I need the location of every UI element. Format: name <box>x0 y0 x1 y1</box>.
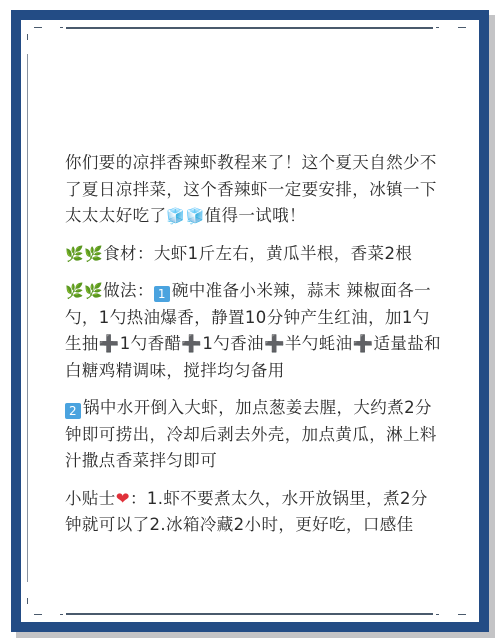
intro-text-end: 值得一试哦！ <box>205 206 306 225</box>
step1-text: 1勺香油 <box>202 334 264 353</box>
intro-paragraph: 你们要的凉拌香辣虾教程来了！这个夏天自然少不了夏日凉拌菜，这个香辣虾一定要安排，… <box>65 150 443 230</box>
method-paragraph: 🌿🌿做法：1碗中准备小米辣，蒜末 辣椒面各一勺，1勺热油爆香，静置10分钟产生红… <box>65 278 443 384</box>
step2-text: 锅中水开倒入大虾，加点葱姜去腥，大约煮2分钟即可捞出，冷却后剥去外壳，加点黄瓜，… <box>65 398 437 470</box>
tips-paragraph: 小贴士❤：1.虾不要煮太久，水开放锅里，煮2分钟就可以了2.冰箱冷藏2小时，更好… <box>65 486 443 539</box>
plus-icon: ➕ <box>181 334 202 353</box>
top-rule-line <box>66 27 433 29</box>
bottom-left-dot <box>60 614 63 615</box>
left-rule-line <box>27 54 28 582</box>
top-right-dash <box>458 27 466 28</box>
tips-label: 小贴士 <box>65 489 116 508</box>
ingredients-text: 大虾1斤左右，黄瓜半根，香菜2根 <box>154 244 412 263</box>
herb-leaf-icon: 🌿🌿 <box>65 245 103 263</box>
bottom-left-dash <box>34 614 42 615</box>
keycap-two-icon: 2 <box>65 403 81 419</box>
bottom-rule-line <box>66 613 433 615</box>
keycap-one-icon: 1 <box>154 286 170 302</box>
ingredients-paragraph: 🌿🌿食材：大虾1斤左右，黄瓜半根，香菜2根 <box>65 241 443 268</box>
top-left-dash <box>34 27 42 28</box>
step2-paragraph: 2锅中水开倒入大虾，加点葱姜去腥，大约煮2分钟即可捞出，冷却后剥去外壳，加点黄瓜… <box>65 395 443 475</box>
top-left-dot <box>60 27 63 28</box>
plus-icon: ➕ <box>99 334 120 353</box>
bottom-right-dash <box>458 614 466 615</box>
bottom-right-dot <box>436 614 439 615</box>
ice-cube-emoji-icon: 🧊 <box>166 207 185 225</box>
plus-icon: ➕ <box>264 334 285 353</box>
left-top-dash <box>27 34 28 40</box>
ingredients-label: 食材： <box>103 244 154 263</box>
top-right-dot <box>436 27 439 28</box>
plus-icon: ➕ <box>353 334 374 353</box>
step1-text: 1勺香醋 <box>120 334 182 353</box>
heart-icon: ❤ <box>116 489 130 508</box>
ice-cube-emoji-icon: 🧊 <box>185 207 204 225</box>
step1-text: 半勺蚝油 <box>285 334 353 353</box>
left-bottom-dash <box>27 598 28 604</box>
herb-leaf-icon: 🌿🌿 <box>65 282 103 300</box>
post-body: 你们要的凉拌香辣虾教程来了！这个夏天自然少不了夏日凉拌菜，这个香辣虾一定要安排，… <box>65 150 443 550</box>
method-label: 做法： <box>103 281 154 300</box>
